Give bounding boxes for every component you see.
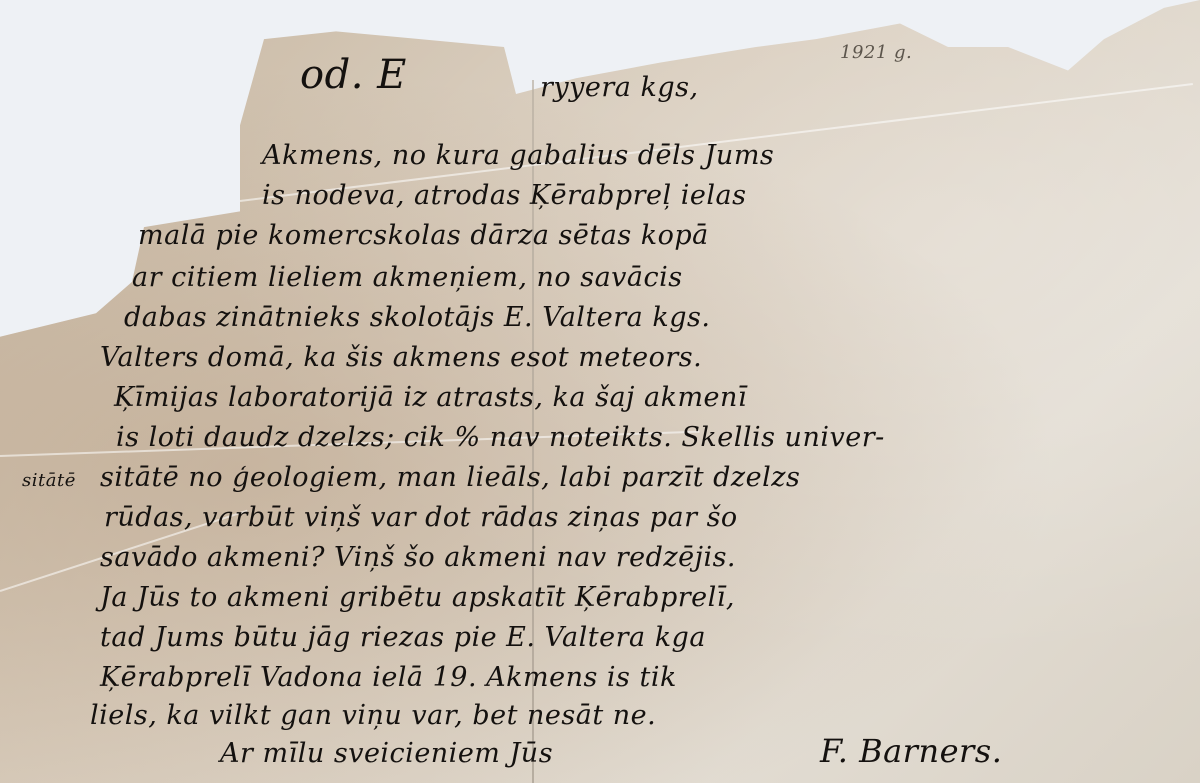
body-line-13: tad Jums būtu jāg riezas pie E. Valtera … — [100, 622, 706, 653]
faint-date: 1921 g. — [840, 42, 912, 63]
body-line-3: malā pie komercskolas dārza sētas kopā — [138, 220, 709, 251]
signature: F. Barners. — [820, 732, 1002, 770]
body-line-6: Valters domā, ka šis akmens esot meteors… — [100, 342, 702, 373]
body-line-12: Ja Jūs to akmeni gribētu apskatīt Ķērabp… — [100, 582, 735, 613]
margin-note: sitātē — [22, 470, 76, 491]
body-line-5: dabas zinātnieks skolotājs E. Valtera kg… — [124, 302, 710, 333]
body-line-8: is loti daudz dzelzs; cik % nav noteikts… — [116, 422, 885, 453]
postcard-photo: od. E ryyera kgs, 1921 g. Akmens, no kur… — [0, 0, 1200, 783]
body-line-4: ar citiem lieliem akmeņiem, no savācis — [132, 262, 683, 293]
salutation-left: od. E — [300, 52, 407, 98]
body-line-1: Akmens, no kura gabalius dēls Jums — [262, 140, 774, 171]
body-line-9: sitātē no ģeologiem, man lieāls, labi pa… — [100, 462, 800, 493]
body-line-11: savādo akmeni? Viņš šo akmeni nav redzēj… — [100, 542, 736, 573]
body-line-15: liels, ka vilkt gan viņu var, bet nesāt … — [90, 700, 656, 731]
body-line-14: Ķērabprelī Vadona ielā 19. Akmens is tik — [100, 662, 677, 693]
body-line-10: rūdas, varbūt viņš var dot rādas ziņas p… — [104, 502, 738, 533]
body-line-2: is nodeva, atrodas Ķērabpreļ ielas — [262, 180, 746, 211]
salutation-right: ryyera kgs, — [540, 72, 699, 103]
closing: Ar mīlu sveicieniem Jūs — [220, 738, 553, 769]
body-line-7: Ķīmijas laboratorijā iz atrasts, ka šaj … — [114, 382, 747, 413]
